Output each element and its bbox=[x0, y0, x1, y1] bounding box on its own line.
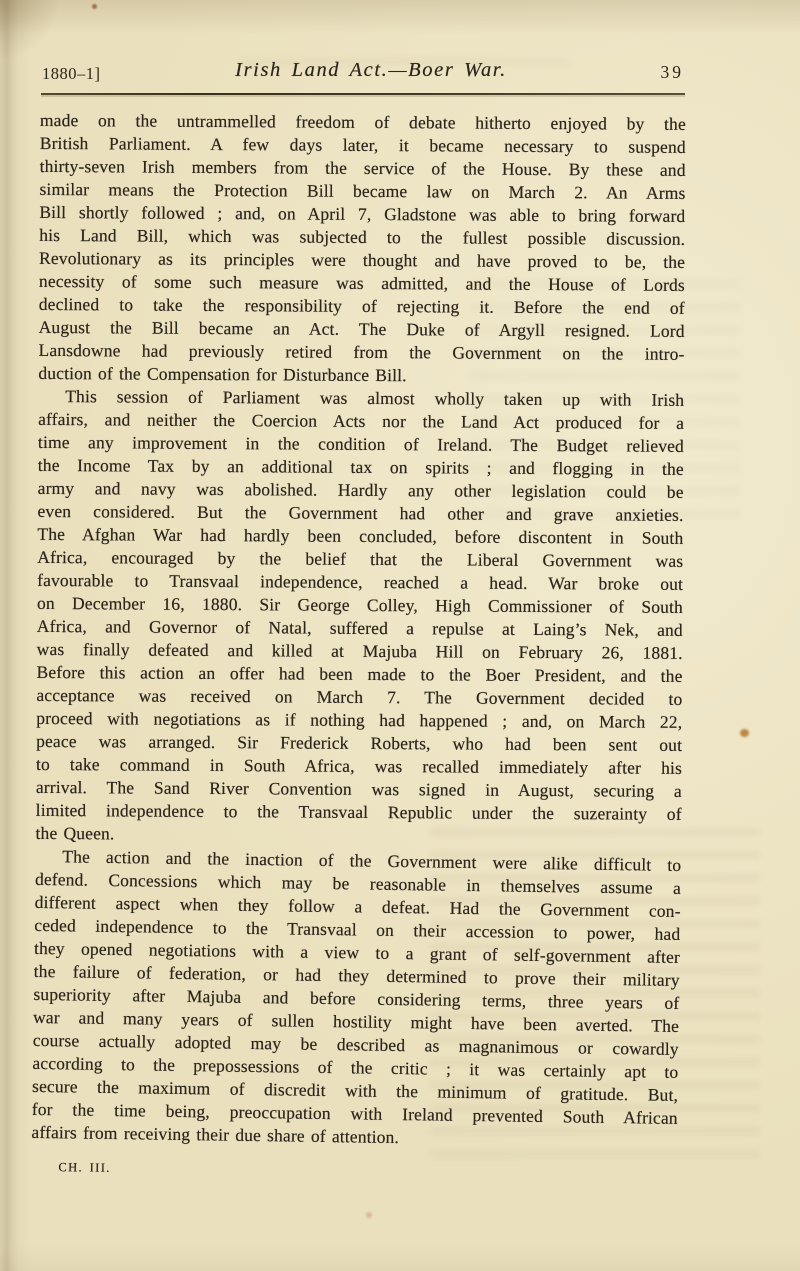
chapter-footer-label: CH. III. bbox=[58, 1156, 679, 1188]
paragraph: The action and the inaction of the Gover… bbox=[31, 845, 681, 1153]
paragraph: This session of Parliament was almost wh… bbox=[36, 385, 685, 849]
foxing-spot bbox=[740, 729, 749, 737]
foxing-spot bbox=[92, 4, 97, 9]
book-page: 1880–1] Irish Land Act.—Boer War. 39 mad… bbox=[0, 0, 800, 1271]
running-header: 1880–1] Irish Land Act.—Boer War. 39 bbox=[40, 58, 686, 88]
page-body: made on the untrammelled freedom of deba… bbox=[33, 109, 686, 1183]
paragraph: made on the untrammelled freedom of deba… bbox=[38, 109, 686, 389]
page-title: Irish Land Act.—Boer War. bbox=[40, 59, 686, 82]
text-line: limited independence to the Transvaal Re… bbox=[36, 799, 682, 826]
foxing-spot bbox=[366, 1212, 372, 1218]
header-rule bbox=[41, 93, 685, 95]
page-number: 39 bbox=[661, 62, 685, 83]
text-line: the Queen. bbox=[36, 822, 682, 849]
